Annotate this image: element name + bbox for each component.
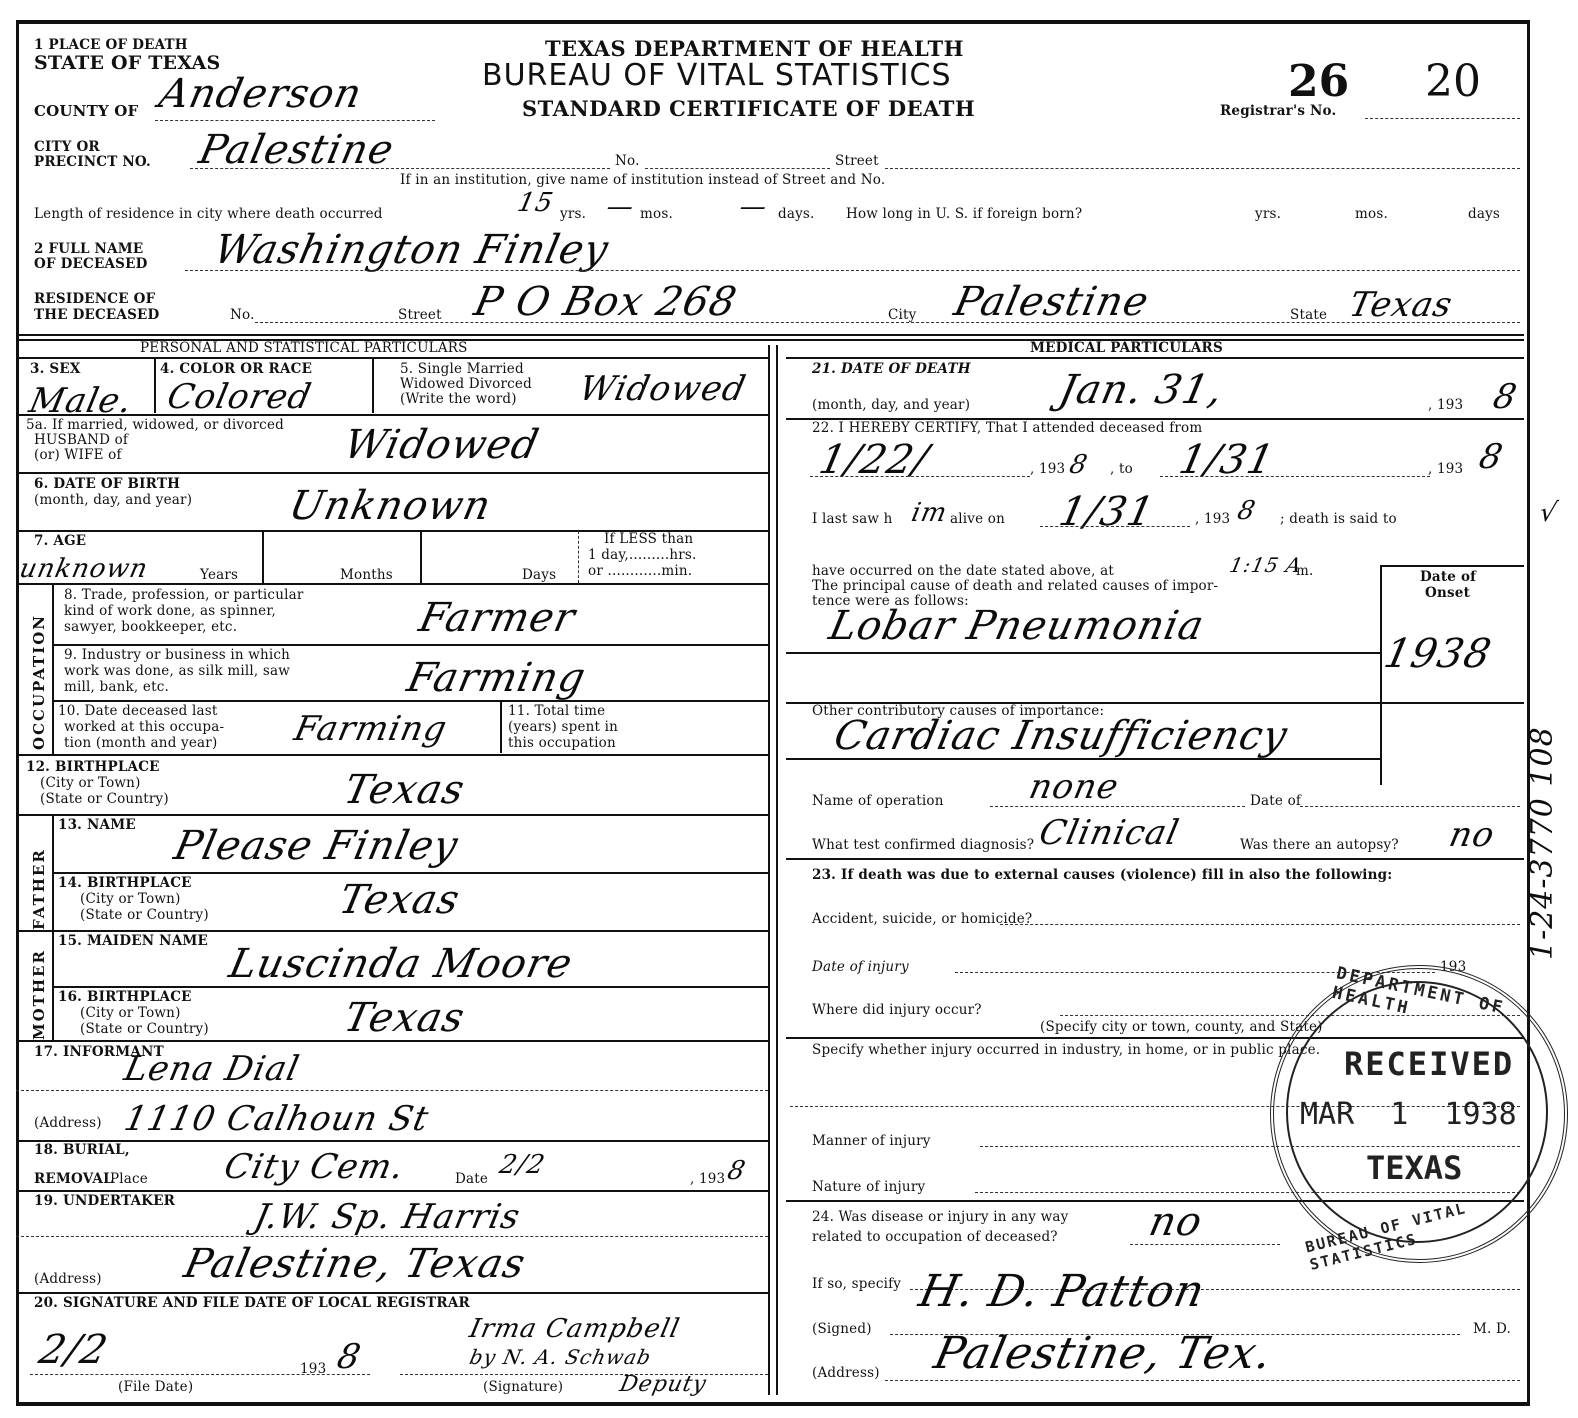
foreign-mos-label: mos. [1355,207,1388,221]
if-so-specify-label: If so, specify [812,1277,901,1291]
burial-label: 18. BURIAL, [34,1143,130,1157]
state-label: STATE OF TEXAS [34,56,220,71]
where-injury-label: Where did injury occur? [812,1003,982,1017]
birthplace-label-2: (City or Town) [40,776,141,790]
res-state-label: State [1290,308,1327,322]
yrs-label: yrs. [560,207,586,221]
industry-value: Farming [404,658,590,698]
dob-value: Unknown [286,486,495,526]
registrar-no-b: 20 [1425,56,1481,107]
birthplace-value: Texas [341,770,469,810]
burial-year-prefix: , 193 [690,1172,725,1186]
md-label: M. D. [1473,1322,1511,1336]
mother-birthplace-value: Texas [341,998,469,1038]
file-year-prefix: 193 [300,1362,326,1376]
occurred-time-value: 1:15 A [1227,552,1304,578]
spouse-label-2: HUSBAND of [34,433,128,447]
operation-value: none [1026,770,1122,804]
spouse-value: Widowed [341,425,543,465]
county-label: COUNTY OF [34,104,138,119]
physician-address-value: Palestine, Tex. [931,1334,1276,1374]
related-occupation-label-2: related to occupation of deceased? [812,1230,1058,1244]
injury-date-label: Date of injury [812,960,909,974]
undertaker-address-label: (Address) [34,1272,102,1286]
onset-label-2: Onset [1425,586,1470,600]
marital-label-3: (Write the word) [400,392,517,406]
external-causes-label: 23. If death was due to external causes … [812,868,1392,882]
last-saw-label-b: alive on [950,512,1005,526]
county-value: Anderson [156,74,366,114]
trade-label-2: kind of work done, as spinner, [64,604,276,618]
sex-label: 3. SEX [30,362,81,376]
institution-note: If in an institution, give name of insti… [400,173,885,187]
last-worked-label-3: tion (month and year) [64,736,217,750]
signed-label: (Signed) [812,1322,872,1336]
medical-section-title: MEDICAL PARTICULARS [1030,341,1223,355]
related-occupation-value: no [1146,1202,1206,1242]
less-than-label-3: or ............min. [588,564,692,578]
stamp-state: TEXAS [1366,1149,1462,1187]
trade-label-3: sawyer, bookkeeper, etc. [64,620,237,634]
related-occupation-label-1: 24. Was disease or injury in any way [812,1210,1068,1224]
industry-label-1: 9. Industry or business in which [64,648,290,662]
registrar-signature-3: Deputy [617,1372,709,1398]
occurred-label: have occurred on the date stated above, … [812,564,1114,578]
mother-side-label: MOTHER [30,949,48,1040]
occupation-side-label: OCCUPATION [30,614,48,750]
residence-days-value: — [737,194,770,220]
mother-birthplace-label-2: (City or Town) [80,1006,181,1020]
res-street-label: Street [398,308,442,322]
registrar-no-label: Registrar's No. [1220,104,1336,118]
res-no-label: No. [230,308,255,322]
dod-value: Jan. 31, [1056,370,1227,410]
removal-label: REMOVAL [34,1172,113,1186]
less-than-label-1: If LESS than [604,532,693,546]
specify-place-label: Specify whether injury occurred in indus… [812,1043,1320,1057]
occurred-suffix: m. [1296,564,1314,578]
burial-date-value: 2/2 [497,1152,547,1178]
physician-address-label: (Address) [812,1366,880,1380]
mother-birthplace-label-1: 16. BIRTHPLACE [58,990,192,1004]
spouse-label-1: 5a. If married, widowed, or divorced [26,418,284,432]
res-street-value: P O Box 268 [471,282,741,322]
race-label: 4. COLOR OR RACE [160,362,312,376]
res-city-value: Palestine [951,282,1153,322]
last-worked-label-1: 10. Date deceased last [58,704,218,718]
age-years-label: Years [200,568,238,582]
res-state-value: Texas [1346,288,1455,322]
nature-of-injury-label: Nature of injury [812,1180,925,1194]
margin-check-mark: √ [1537,500,1560,526]
marital-value: Widowed [576,372,749,406]
total-time-label-3: this occupation [508,736,616,750]
file-date-label: (File Date) [118,1380,193,1394]
informant-address-value: 1110 Calhoun St [121,1102,432,1136]
father-birthplace-label-3: (State or Country) [80,908,209,922]
father-name-label: 13. NAME [58,818,136,832]
age-label: 7. AGE [34,534,86,548]
full-name-label-1: 2 FULL NAME [34,242,143,256]
residence-label-1: RESIDENCE OF [34,292,155,306]
attended-from-year-prefix: , 193 [1030,462,1065,476]
mother-birthplace-label-3: (State or Country) [80,1022,209,1036]
personal-section-title: PERSONAL AND STATISTICAL PARTICULARS [140,341,468,355]
city-label-2: PRECINCT NO. [34,155,151,169]
file-date-value: 2/2 [36,1330,112,1370]
registrar-signature-2: by N. A. Schwab [467,1344,654,1370]
attended-to-value: 1/31 [1176,440,1278,480]
mother-name-value: Luscinda Moore [226,944,576,984]
foreign-yrs-label: yrs. [1255,207,1281,221]
age-months-label: Months [340,568,393,582]
res-city-label: City [888,308,917,322]
deceased-name-value: Washington Finley [211,230,612,270]
father-side-label: FATHER [30,848,48,930]
principal-cause-value: Lobar Pneumonia [826,606,1208,646]
onset-label-1: Date of [1420,570,1476,584]
burial-place-value: City Cem. [221,1150,407,1184]
mother-maiden-name-label: 15. MAIDEN NAME [58,934,208,948]
last-saw-year-prefix: , 193 [1195,512,1230,526]
onset-value: 1938 [1381,634,1495,674]
residence-mos-value: — [604,194,637,220]
father-birthplace-label-1: 14. BIRTHPLACE [58,876,192,890]
age-value: unknown [17,556,150,582]
race-value: Colored [164,380,314,414]
where-injury-note: (Specify city or town, county, and State… [1040,1020,1323,1034]
attended-to-year-prefix: , 193 [1428,462,1463,476]
residence-years-value: 15 [515,190,556,216]
manner-of-injury-label: Manner of injury [812,1134,931,1148]
operation-date-label: Date of [1250,794,1301,808]
trade-label-1: 8. Trade, profession, or particular [64,588,304,602]
total-time-label-2: (years) spent in [508,720,618,734]
dod-label-2: (month, day, and year) [812,398,970,412]
sex-value: Male. [26,384,135,418]
stamp-received: RECEIVED [1344,1045,1514,1083]
dod-year-prefix: , 193 [1428,398,1463,412]
certify-label: 22. I HEREBY CERTIFY, That I attended de… [812,421,1202,435]
dob-label-1: 6. DATE OF BIRTH [34,477,180,491]
foreign-label: How long in U. S. if foreign born? [846,207,1082,221]
marital-label-1: 5. Single Married [400,362,524,376]
industry-label-2: work was done, as silk mill, saw [64,664,290,678]
to-label: , to [1110,462,1133,476]
test-confirmed-label: What test confirmed diagnosis? [812,838,1034,852]
undertaker-label: 19. UNDERTAKER [34,1194,175,1208]
burial-date-label: Date [455,1172,488,1186]
bureau-title: BUREAU OF VITAL STATISTICS [482,58,952,93]
mos-label: mos. [640,207,673,221]
undertaker-value: J.W. Sp. Harris [251,1200,523,1234]
operation-label: Name of operation [812,794,944,808]
principal-cause-label-1: The principal cause of death and related… [812,579,1218,593]
registrar-signature-label-small: (Signature) [483,1380,563,1394]
residence-label-2: THE DECEASED [34,308,159,322]
birthplace-label-3: (State or Country) [40,792,169,806]
city-value: Palestine [196,130,398,170]
certificate-title: STANDARD CERTIFICATE OF DEATH [522,96,975,121]
last-saw-label-a: I last saw h [812,512,893,526]
residence-length-label: Length of residence in city where death … [34,207,383,221]
industry-label-3: mill, bank, etc. [64,680,169,694]
trade-value: Farmer [416,598,579,638]
received-stamp: DEPARTMENT OF HEALTH RECEIVED MAR 1 1938… [1270,965,1568,1263]
last-worked-label-2: worked at this occupa- [64,720,224,734]
burial-place-label: Place [110,1172,148,1186]
total-time-label-1: 11. Total time [508,704,605,718]
undertaker-address-value: Palestine, Texas [181,1244,529,1284]
last-saw-him: im [909,500,950,526]
attended-from-value: 1/22/ [816,440,933,480]
less-than-label-2: 1 day,.........hrs. [588,548,696,562]
foreign-days-label: days [1468,207,1500,221]
autopsy-value: no [1446,818,1498,852]
registrar-signature-label: 20. SIGNATURE AND FILE DATE OF LOCAL REG… [34,1296,470,1310]
physician-signature: H. D. Patton [916,1272,1209,1312]
other-causes-value: Cardiac Insufficiency [831,716,1291,756]
last-worked-value: Farming [291,712,450,746]
spouse-label-3: (or) WIFE of [34,448,122,462]
age-days-label: Days [522,568,556,582]
father-birthplace-label-2: (City or Town) [80,892,181,906]
test-confirmed-value: Clinical [1036,816,1182,850]
city-label-1: CITY OR [34,140,100,154]
dob-label-2: (month, day, and year) [34,493,192,507]
registrar-no-a: 26 [1288,56,1349,107]
no-label: No. [615,154,640,168]
full-name-label-2: OF DECEASED [34,257,148,271]
place-of-death-label: 1 PLACE OF DEATH [34,38,188,52]
autopsy-label: Was there an autopsy? [1240,838,1399,852]
stamp-date: MAR 1 1938 [1300,1097,1517,1132]
birthplace-label-1: 12. BIRTHPLACE [26,760,160,774]
informant-value: Lena Dial [121,1052,302,1086]
dod-label-1: 21. DATE OF DEATH [812,362,971,376]
marital-label-2: Widowed Divorced [400,377,532,391]
death-said-label: ; death is said to [1280,512,1397,526]
father-birthplace-value: Texas [336,880,464,920]
registrar-signature-1: Irma Campbell [467,1316,682,1342]
father-name-value: Please Finley [171,826,462,866]
margin-file-number: 1-24-3770 108 [1530,726,1556,960]
street-label: Street [835,154,879,168]
informant-address-label: (Address) [34,1116,102,1130]
days-label: days. [778,207,815,221]
